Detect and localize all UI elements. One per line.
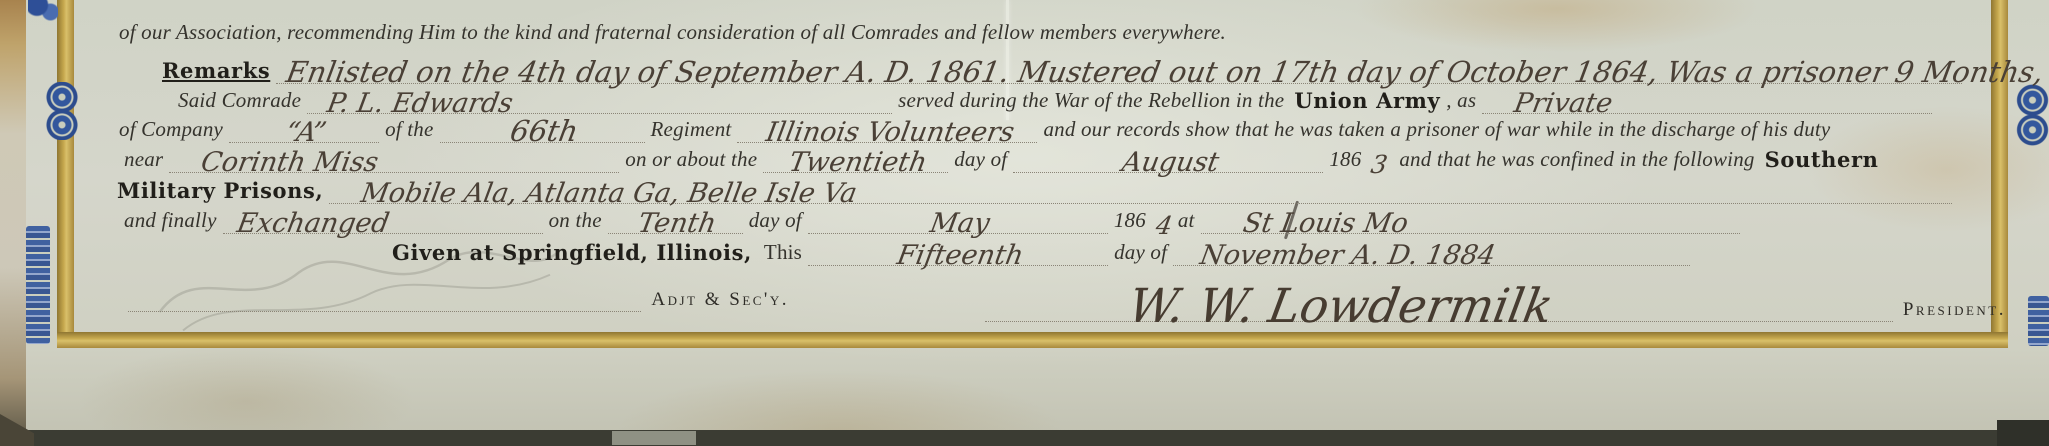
issued-line: Given at Springfield, Illinois, This Fif… <box>388 228 1690 266</box>
president-signature-handwriting: W. W. Lowdermilk <box>985 283 1564 330</box>
secretary-signature-line: Adjt & Sec'y. <box>128 284 793 312</box>
engraving-column-right-icon <box>2028 296 2049 346</box>
president-signature-line: W. W. Lowdermilk President. <box>985 262 2010 322</box>
given-at-label: Given at Springfield, Illinois, <box>388 240 758 266</box>
gold-border-left <box>57 0 74 348</box>
table-surface-highlight <box>612 431 696 445</box>
closing-sentence: of our Association, recommending Him to … <box>113 20 1232 46</box>
president-title: President. <box>1893 299 2010 322</box>
secretary-title: Adjt & Sec'y. <box>641 289 793 312</box>
secretary-signature-field <box>128 311 641 312</box>
engraving-rosette-right-icon <box>2016 84 2049 146</box>
remarks-line: Remarks Enlisted on the 4th day of Septe… <box>158 48 1962 84</box>
gold-border-bottom <box>57 332 2008 348</box>
closing-sentence-line: of our Association, recommending Him to … <box>113 16 1232 46</box>
certificate-document: of our Association, recommending Him to … <box>0 0 2049 446</box>
president-signature-field: W. W. Lowdermilk <box>985 274 1893 322</box>
table-surface <box>0 430 2049 446</box>
engraving-ornament-icon <box>28 0 58 24</box>
engraving-column-left-icon <box>26 226 50 344</box>
engraving-rosette-left-icon <box>46 82 78 140</box>
table-surface-corner <box>1997 420 2049 446</box>
exchange-status-handwriting: Exchanged <box>223 210 399 237</box>
and-finally-label: and finally <box>118 208 223 234</box>
this-label: This <box>758 240 808 266</box>
paper-left-edge <box>0 0 26 446</box>
